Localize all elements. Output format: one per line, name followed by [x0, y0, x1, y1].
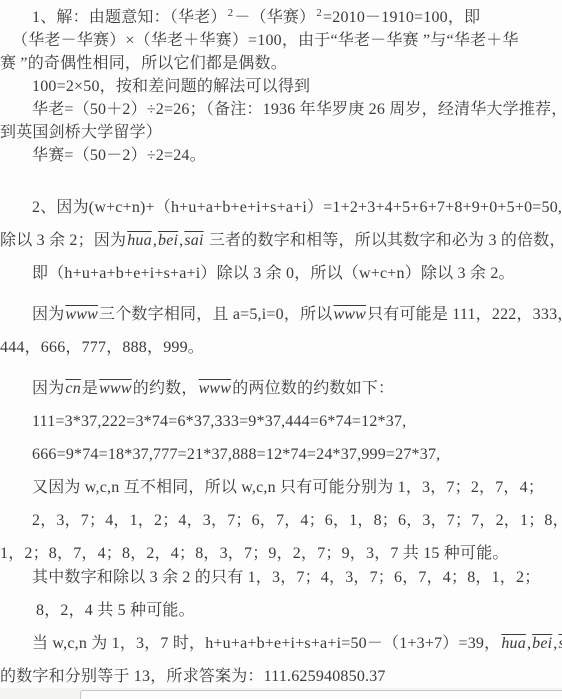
text-segment: 只有可能是 111，222，333，	[367, 306, 562, 323]
text-segment: 2、因为(w+c+n)+（h+u+a+b+e+i+s+a+i）=1+2+3+4+…	[32, 199, 562, 216]
solution-line: 2、因为(w+c+n)+（h+u+a+b+e+i+s+a+i）=1+2+3+4+…	[0, 191, 562, 224]
solution-line: 2，3，7；4，1，2；4，3，7；6，7，4；6，1，8；6，3，7；7，2，…	[0, 504, 562, 537]
text-segment: 其中数字和除以 3 余 2 的只有 1，3，7；4，3，7；6，7，4；8，1，…	[32, 569, 540, 586]
overline-term: www	[332, 306, 367, 323]
text-segment: －（华赛）	[234, 9, 315, 26]
text-segment: 的约数，	[133, 380, 198, 397]
text-segment: 又因为 w,c,n 互不相同，所以 w,c,n 只有可能分别为 1，3，7；2，…	[32, 479, 544, 496]
overline-term: hua	[500, 635, 527, 652]
text-segment: 111=3*37,222=3*74=6*37,333=9*37,444=6*74…	[32, 413, 406, 430]
solution-line: 到英国剑桥大学留学）	[0, 121, 562, 144]
overline-term: bei	[531, 635, 553, 652]
solution-line: 华赛=（50－2）÷2=24。	[0, 144, 562, 167]
solution-line: 因为cn是www的约数，www的两位数的约数如下：	[0, 372, 562, 405]
text-segment: 三者的数字和相等，所以其数字和必为 3 的倍数，	[205, 232, 562, 249]
text-segment: 1、解：由题意知：（华老）	[32, 9, 227, 26]
text-segment: 到英国剑桥大学留学）	[0, 124, 162, 141]
text-segment: 即（h+u+a+b+e+i+s+a+i）除以 3 余 0，所以（w+c+n）除以…	[32, 265, 515, 282]
comment-box[interactable]	[80, 690, 562, 699]
solution-line: 1、解：由题意知：（华老）2－（华赛）2=2010－1910=100，即	[0, 6, 562, 29]
solution-line: 即（h+u+a+b+e+i+s+a+i）除以 3 余 0，所以（w+c+n）除以…	[0, 257, 562, 290]
text-segment: =2010－1910=100，即	[323, 9, 480, 26]
solution-line: 又因为 w,c,n 互不相同，所以 w,c,n 只有可能分别为 1，3，7；2，…	[0, 471, 562, 504]
text-segment: 华赛=（50－2）÷2=24。	[32, 147, 206, 164]
solution-line: 111=3*37,222=3*74=6*37,333=9*37,444=6*74…	[0, 405, 562, 438]
solution-line: 当 w,c,n 为 1，3，7 时，h+u+a+b+e+i+s+a+i=50－（…	[0, 627, 562, 660]
text-segment: 因为	[32, 380, 64, 397]
solution-line: 8，2，4 共 5 种可能。	[0, 594, 562, 627]
text-segment: 100=2×50，按和差问题的解法可以得到	[32, 78, 310, 95]
solution-line: （华老－华赛）×（华老＋华赛）=100，由于“华老－华赛 ”与“华老＋华	[0, 29, 562, 52]
solution-document: 1、解：由题意知：（华老）2－（华赛）2=2010－1910=100，即（华老－…	[0, 0, 562, 693]
solution-line: 100=2×50，按和差问题的解法可以得到	[0, 75, 562, 98]
solution-line: 其中数字和除以 3 余 2 的只有 1，3，7；4，3，7；6，7，4；8，1，…	[0, 561, 562, 594]
text-segment: 是	[82, 380, 98, 397]
overline-term: www	[64, 306, 99, 323]
solution-line: 因为www三个数字相同，且 a=5,i=0，所以www只有可能是 111，222…	[0, 298, 562, 331]
text-segment: 2，3，7；4，1，2；4，3，7；6，7，4；6，1，8；6，3，7；7，2，…	[32, 512, 562, 529]
solution-line: 除以 3 余 2；因为hua,bei,sai 三者的数字和相等，所以其数字和必为…	[0, 224, 562, 257]
overline-term: cn	[64, 380, 82, 397]
text-segment: 除以 3 余 2；因为	[0, 232, 126, 249]
solution-line: 赛 ”的奇偶性相同，所以它们都是偶数。	[0, 52, 562, 75]
superscript: 2	[315, 7, 323, 19]
overline-term: sai	[183, 232, 204, 249]
text-segment: ,	[553, 635, 557, 652]
footer-strip	[0, 688, 562, 699]
overline-term: www	[198, 380, 233, 397]
solution-line: 444，666，777，888，999。	[0, 331, 562, 364]
solution-line: 华老=（50＋2）÷2=26；（备注：1936 年华罗庚 26 周岁，经清华大学…	[0, 98, 562, 121]
text-segment: 8，2，4 共 5 种可能。	[36, 602, 195, 619]
text-segment: 因为	[32, 306, 64, 323]
text-segment: 当 w,c,n 为 1，3，7 时，h+u+a+b+e+i+s+a+i=50－（…	[32, 635, 500, 652]
overline-term: www	[98, 380, 133, 397]
overline-term: sai	[558, 635, 562, 652]
text-segment: 华老=（50＋2）÷2=26；（备注：1936 年华罗庚 26 周岁，经清华大学…	[32, 101, 562, 118]
text-segment: 666=9*74=18*37,777=21*37,888=12*74=24*37…	[32, 446, 440, 463]
overline-term: hua	[126, 232, 153, 249]
text-segment: 的数字和分别等于 13，所求答案为：111.625940850.37	[0, 668, 386, 685]
text-segment: 444，666，777，888，999。	[0, 339, 204, 356]
text-segment: （华老－华赛）×（华老＋华赛）=100，由于“华老－华赛 ”与“华老＋华	[12, 32, 519, 49]
text-segment: 赛 ”的奇偶性相同，所以它们都是偶数。	[0, 55, 287, 72]
text-segment: 三个数字相同，且 a=5,i=0，所以	[99, 306, 332, 323]
text-segment: 的两位数的约数如下：	[232, 380, 394, 397]
overline-term: bei	[157, 232, 179, 249]
solution-line: 666=9*74=18*37,777=21*37,888=12*74=24*37…	[0, 438, 562, 471]
text-segment: 1，2；8，7，4；8，2，4；8，3，7；9，2，7；9，3，7 共 15 种…	[0, 545, 509, 562]
